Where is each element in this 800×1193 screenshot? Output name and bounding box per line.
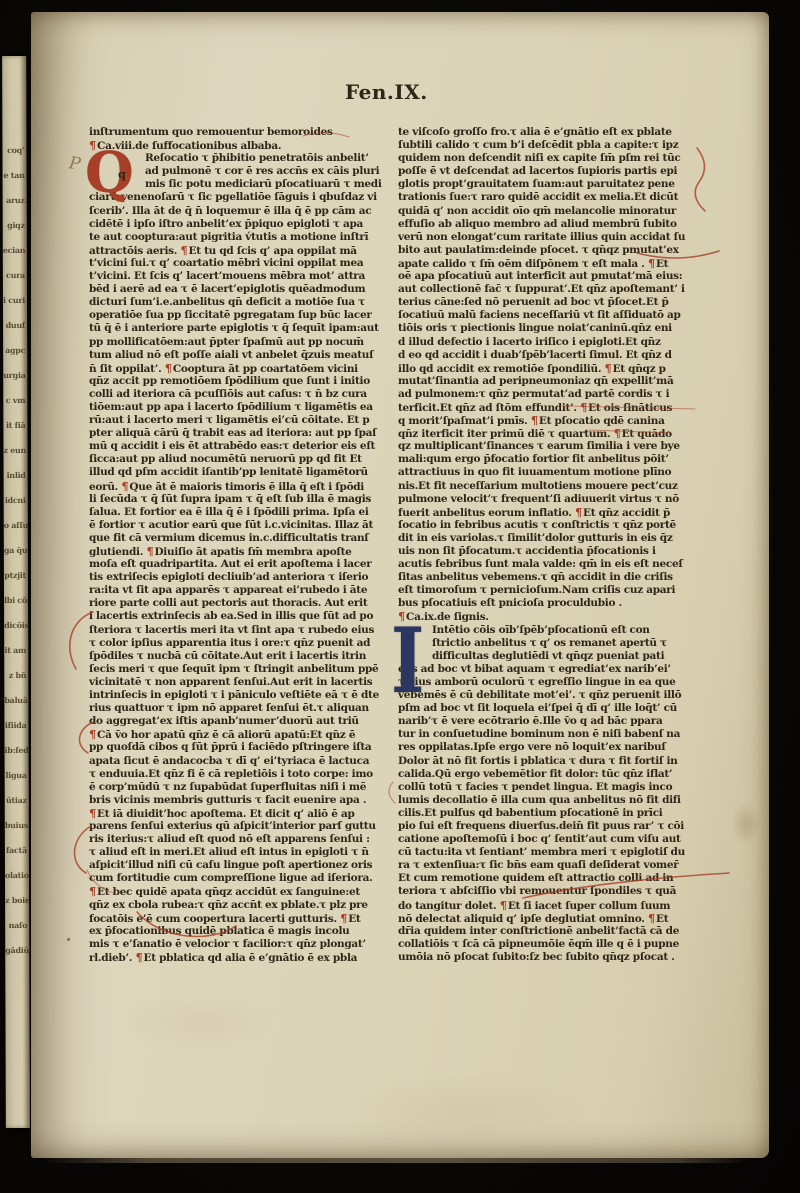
line-text: Reſocatio τ p̄hibitio penetratōis anbeli… xyxy=(145,152,369,164)
pilcrow-mark: ¶ xyxy=(180,244,188,257)
text-line: pio ſui eſt frequens diuerſus.dein̄ fit … xyxy=(398,820,702,833)
line-text: Et qn̄z accidit p̄ xyxy=(583,507,670,519)
text-line: tiōis oris τ piectionis lingue noiat’can… xyxy=(398,322,702,335)
line-text: uis non ſit p̄focatum.τ accidentia p̄foc… xyxy=(398,545,656,557)
text-line: mis ſic potu mediciarū pſocatiuarū τ med… xyxy=(89,178,388,191)
text-line: ¶Cā v̄o hor apatū qn̄z ē cā aliorū apatū… xyxy=(89,728,388,741)
line-text: nis.Et fit neceſſarium multotiens mouere… xyxy=(398,480,678,492)
line-text: tum aliud nō eſt poſſe aiali vt anbelet … xyxy=(89,349,373,361)
text-line: ra τ extenſiua:τ ſic bn̄s eam quaſi deſi… xyxy=(398,859,702,872)
line-text: Ca.viii.de ſuffocationibus albaba. xyxy=(97,140,281,152)
handwritten-annotation: P xyxy=(68,153,82,174)
text-line: teriora τ abſciſſio vbi remouentur ſpond… xyxy=(398,885,702,898)
text-line: calida.Qū ergo vebemētior fit dolor: tūc… xyxy=(398,768,702,781)
line-text: pſm ad boc vt ſit loquela ei’ſpei q̄ dī … xyxy=(398,702,677,714)
text-line: riore parte colli aut pectoris aut thora… xyxy=(89,597,388,610)
margin-fragment: o aſſu xyxy=(4,513,28,538)
line-text: Et iā diuidit’hoc apoſtema. Et dicit q’ … xyxy=(97,808,354,820)
line-text: t’vicini ſui.τ q’ coartatio mēbri vicini… xyxy=(89,257,363,269)
text-line: ad pulmonem:τ qn̄z permutat’ad partē cor… xyxy=(398,388,702,401)
line-text: terficit.Et qn̄z ad ſtōm effundit’. xyxy=(398,402,580,414)
pilcrow-mark: ¶ xyxy=(165,362,173,375)
line-text: cum fortitudie cum compreſſione ligue ad… xyxy=(89,872,372,884)
pilcrow-mark: ¶ xyxy=(614,427,622,440)
text-line: ris iterius:τ aliud eſt quod nō eſt appa… xyxy=(89,833,388,846)
line-text: ſocatio in febribus acutis τ conſtrictis… xyxy=(398,519,676,531)
line-text: oē apa pſocatiuū aut interficit aut pmut… xyxy=(398,270,682,282)
text-line: Dolor āt nō fit fortis i pblatica τ dura… xyxy=(398,755,702,768)
line-text: bēd i aerē ad ea τ ē lacert’epiglotis qu… xyxy=(89,283,365,295)
margin-fragment: factā xyxy=(5,838,29,863)
text-line: ſubtili calido τ cum b’i deſcēdit pbla a… xyxy=(398,139,702,152)
margin-fragment: ifiida xyxy=(4,713,28,738)
line-text: ens ad boc vt bibat aquam τ egrediat’ex … xyxy=(398,663,671,675)
text-line: pp quoſdā cibos q ſūt p̄prū i faciēdo pſ… xyxy=(89,741,388,754)
text-line: te aut cooptura:aut pigritia v́tutis a m… xyxy=(89,231,388,244)
text-line: narib’τ ē vere ecōtrario ē.Ille v̄o q ad… xyxy=(398,715,702,728)
line-text: vebemēs ē cū debilitate mot’ei’. τ qn̄z … xyxy=(398,689,681,701)
line-text: τ color ipſius apparentia itus i ore:τ q… xyxy=(89,637,370,649)
line-text: mis τ e’ſanatio ē velocior τ facilior:τ … xyxy=(89,938,366,950)
text-line: ¶Ca.ix.de ſignis. xyxy=(398,610,702,623)
margin-fragment: it fiā xyxy=(3,413,27,438)
ink-speck xyxy=(67,938,70,941)
text-line: aſpicit’illud niſi cū caſu lingue poſt a… xyxy=(89,859,388,872)
line-text: terius cāne:ſed nō peruenit ad boc vt p̄… xyxy=(398,296,669,308)
line-text: qn̄z ex cbola rubea:τ qn̄z accn̄t ex pbl… xyxy=(89,899,368,911)
margin-fragment: gādiū xyxy=(5,938,29,963)
text-line: quidā q’ non accidit oīo qm̄ melancolie … xyxy=(398,205,702,218)
line-text: parens ſenſui exterius qū aſpicit’interi… xyxy=(89,820,376,832)
line-text: rius quattuor τ ipm nō apparet ſenſui ēt… xyxy=(89,702,369,714)
text-line: colli ad iteriora cā pcuſſiōis aut caſus… xyxy=(89,388,388,401)
text-line: illud qd pſm accidit iſantib’pp lenitatē… xyxy=(89,466,388,479)
text-line: ſtrictio anbelitus τ q’ os remanet apert… xyxy=(398,637,702,650)
margin-fragment: inlid xyxy=(4,463,28,488)
pilcrow-mark: ¶ xyxy=(89,139,97,152)
line-text: effuſio ab aliquo membro ad aliud membrū… xyxy=(398,218,677,230)
line-text: d̄ illud defectio i lacerto iriſico i ep… xyxy=(398,336,661,348)
text-line: focatōis e’ē cum coopertura lacerti gutt… xyxy=(89,912,388,925)
line-text: moſa eſt quadripartita. Aut ei erit apoſ… xyxy=(89,558,371,570)
sliver-top-margin xyxy=(2,56,26,138)
line-text: ad pulmonem:τ qn̄z permutat’ad partē cor… xyxy=(398,388,669,400)
line-text: Intētio cōis oīb’ſpēb’pſocationū eſt con xyxy=(432,624,650,636)
text-line: t’vicini ſui.τ q’ coartatio mēbri vicini… xyxy=(89,257,388,270)
line-text: Dolor āt nō fit fortis i pblatica τ dura… xyxy=(398,755,677,767)
line-text: nō delectat aliquid q’ ipſe deglutiat om… xyxy=(398,913,648,925)
margin-fragment: e tan xyxy=(3,163,27,188)
line-text: Et qn̄qz p xyxy=(613,363,666,375)
text-line: ad pulmonē τ cor ē res accn̄s ex cāis pl… xyxy=(89,165,388,178)
text-line: q morit’ſpaſmat’i pmīs. ¶Et pſocatio qdē… xyxy=(398,414,702,427)
text-line: d̄ illud defectio i lacerto iriſico i ep… xyxy=(398,336,702,349)
text-line: acutis febribus ſunt mala valde: qm̄ in … xyxy=(398,558,702,571)
line-text: ſpōdiles τ nucbā cū cōitate.Aut erit i l… xyxy=(89,650,366,662)
line-text: ſocatiuū malū faciens neceſſariū vt ſit … xyxy=(398,309,681,321)
line-text: vicinitatē τ non apparent ſenſui.Aut eri… xyxy=(89,676,372,688)
line-text: ra:ita vt ſit apa apparēs τ appareat ei’… xyxy=(89,584,367,596)
text-line: Reſocatio τ p̄hibitio penetratōis anbeli… xyxy=(89,152,388,165)
line-text: tū q̄ ē i anteriore parte epiglotis τ q̄… xyxy=(89,322,379,334)
line-text: ciarū venenoſarū τ ſic pgellatiōe ſāguis… xyxy=(89,191,377,203)
line-text: difficultas deglutiēdi vt qn̄qz pueniat … xyxy=(432,650,664,662)
line-text: Cooptura āt pp coartatōem vicini xyxy=(173,363,358,375)
line-text: τ eius amborū oculorū τ egreſſio lingue … xyxy=(398,676,675,688)
margin-fragment: buius xyxy=(5,813,29,838)
margin-fragment: ptzjit xyxy=(4,563,28,588)
margin-fragment: dicōis xyxy=(4,613,28,638)
margin-fragment: i curi xyxy=(3,288,27,313)
line-text: rl.dieb’. xyxy=(89,952,136,964)
text-line: qn̄z accit pp remotiōem ſpōdilium que ſu… xyxy=(89,375,388,388)
text-line: aut collectionē fac̄ τ ſuppurat’.Et qn̄z… xyxy=(398,283,702,296)
line-text: catione apoſtemoſū i boc q’ ſentit’aut c… xyxy=(398,833,681,845)
text-line: ra:ita vt ſit apa apparēs τ appareat ei’… xyxy=(89,584,388,597)
line-text: calida.Qū ergo vebemētior fit dolor: tūc… xyxy=(398,768,672,780)
text-line: eorū. ¶Que āt ē maioris timoris ē illa q… xyxy=(89,480,388,493)
text-line: mali:qum ergo p̄focatio fortior fit anbe… xyxy=(398,453,702,466)
line-text: res oppilatas.Ipſe ergo vere nō loquit’e… xyxy=(398,741,666,753)
page-bottom-edge xyxy=(42,1158,748,1163)
line-text: inſtrumentum quo remouentur bemoroides xyxy=(89,126,333,138)
line-text: do tangitur dolet. xyxy=(398,900,500,912)
pilcrow-mark: ¶ xyxy=(580,401,588,414)
text-line: mutat’ſinantia ad peripneumoniaz qn̄ exp… xyxy=(398,375,702,388)
line-text: teriora τ abſciſſio vbi remouentur ſpond… xyxy=(398,885,676,897)
text-line: qn̄z iterficit iter primū diē τ quartum.… xyxy=(398,427,702,440)
line-text: eſt timoroſum τ pernicioſum.Nam criſis c… xyxy=(398,584,675,596)
line-text: mū q accidit i eis ēt attrabēdo eas:τ de… xyxy=(89,440,375,452)
pilcrow-mark: ¶ xyxy=(531,414,539,427)
text-line: ē corp’mūdū τ nz ſupabūdat ſuperfluitas … xyxy=(89,781,388,794)
text-line: nō delectat aliquid q’ ipſe deglutiat om… xyxy=(398,912,702,925)
line-text: pp mollificatōem:aut p̄pter ſpaſmū aut p… xyxy=(89,336,364,348)
pilcrow-mark: ¶ xyxy=(575,506,583,519)
line-text: aut collectionē fac̄ τ ſuppurat’.Et qn̄z… xyxy=(398,283,685,295)
text-line: dicturi ſum’i.e.anbelitus qn̄ deficit a … xyxy=(89,296,388,309)
text-line: ſocatio in febribus acutis τ conſtrictis… xyxy=(398,519,702,532)
line-text: ſteriora τ lacertis meri ita vt ſint apa… xyxy=(89,624,374,636)
margin-fragment: olatio xyxy=(5,863,29,888)
margin-fragments: coq’e tanaruzgiqzeciancurai curiduuſagpc… xyxy=(2,138,29,963)
text-line: glotis propt’grauitatem ſuam:aut paruita… xyxy=(398,178,702,191)
text-line: tis extriſecis epigloti decliuib’ad ante… xyxy=(89,571,388,584)
text-line: ſcerib’. Illa āt de q̄ n̄ loquemur ē ill… xyxy=(89,205,388,218)
line-text: fuerit anbelitus eorum inflatio. xyxy=(398,507,575,519)
line-text: pp quoſdā cibos q ſūt p̄prū i faciēdo pſ… xyxy=(89,741,371,753)
text-line: te viſcoſo groſſo fro.τ alia ē e’gnātio … xyxy=(398,126,702,139)
line-text: ſubtili calido τ cum b’i deſcēdit pbla a… xyxy=(398,139,678,151)
text-line: tiōem:aut pp apa i lacerto ſpōdilium τ l… xyxy=(89,401,388,414)
line-text: glotis propt’grauitatem ſuam:aut paruita… xyxy=(398,178,675,190)
line-text: apate calido τ ſm̄ oēm diſpōnem τ eſt ma… xyxy=(398,258,648,270)
text-line: qz multiplicant’ſinances τ earum ſimilia… xyxy=(398,440,702,453)
text-line: moſa eſt quadripartita. Aut ei erit apoſ… xyxy=(89,558,388,571)
margin-fragment: cura xyxy=(3,263,27,288)
line-text: Et bec quidē apata qn̄qz accidūt ex ſang… xyxy=(97,886,360,898)
running-header: Fen.IX. xyxy=(345,80,428,104)
line-text: collū totū τ facies τ pendet lingua. Et … xyxy=(398,781,672,793)
text-column-right: I te viſcoſo groſſo fro.τ alia ē e’gnāti… xyxy=(398,126,702,964)
line-text: ra τ extenſiua:τ ſic bn̄s eam quaſi deſi… xyxy=(398,859,678,871)
line-text: tiōem:aut pp apa i lacerto ſpōdilium τ l… xyxy=(89,401,373,413)
line-text: dicturi ſum’i.e.anbelitus qn̄ deficit a … xyxy=(89,296,365,308)
margin-fragment: z boie xyxy=(5,888,29,913)
line-text: cidētē i ipſo iſtro anbelit’ex p̄piquo e… xyxy=(89,218,363,230)
text-line: bus pſocatiuis eſt pnicioſa proculdubio … xyxy=(398,597,702,610)
book-page: Fen.IX. P Q q inſtrumentum quo remouentu… xyxy=(31,12,769,1158)
text-line: ¶Et bec quidē apata qn̄qz accidūt ex ſan… xyxy=(89,885,388,898)
text-line: ſitas anbelitus vebemens.τ qn̄ accidit i… xyxy=(398,571,702,584)
text-line: apata ſicut ē andacocba τ dī q’ ei’tyria… xyxy=(89,755,388,768)
margin-fragment: naſo xyxy=(5,913,29,938)
text-line: ſalua. Et fortior ea ē illa q̄ ē i ſpōdi… xyxy=(89,506,388,519)
line-text: qn̄z iterficit iter primū diē τ quartum. xyxy=(398,428,614,440)
line-text: ex p̄focationibus quidē pblatica ē magis… xyxy=(89,925,349,937)
line-text: te aut cooptura:aut pigritia v́tutis a m… xyxy=(89,231,368,243)
line-text: Et quādo xyxy=(622,428,672,440)
text-line: parens ſenſui exterius qū aſpicit’interi… xyxy=(89,820,388,833)
text-line: qn̄z ex cbola rubea:τ qn̄z accn̄t ex pbl… xyxy=(89,899,388,912)
line-text: lumis decollatio ē illa cum qua anbelitu… xyxy=(398,794,681,806)
text-line: cū tactu:ita vt ſentiant’ membra meri τ … xyxy=(398,846,702,859)
line-text: bus pſocatiuis eſt pnicioſa proculdubio … xyxy=(398,597,622,609)
text-line: cidētē i ipſo iſtro anbelit’ex p̄piquo e… xyxy=(89,218,388,231)
text-line: mū q accidit i eis ēt attrabēdo eas:τ de… xyxy=(89,440,388,453)
line-text: ſalua. Et fortior ea ē illa q̄ ē i ſpōdi… xyxy=(89,506,369,518)
line-text: umōia nō pſocat ſubito:ſz bec ſubito qn̄… xyxy=(398,951,675,963)
line-text: operatiōe ſua pp ſiccitatē pgregatam ſup… xyxy=(89,309,372,321)
text-line: nis.Et fit neceſſarium multotiens mouere… xyxy=(398,480,702,493)
line-text: que fit cā vermium dicemus in.c.difficul… xyxy=(89,532,369,544)
line-text: acutis febribus ſunt mala valde: qm̄ in … xyxy=(398,558,683,570)
text-line: vebemēs ē cū debilitate mot’ei’. τ qn̄z … xyxy=(398,689,702,702)
text-line: cum fortitudie cum compreſſione ligue ad… xyxy=(89,872,388,885)
line-text: bris vicinis membris gutturis τ facit eu… xyxy=(89,794,366,806)
line-text: quidā q’ non accidit oīo qm̄ melancolie … xyxy=(398,205,676,217)
margin-fragment: ecian xyxy=(3,238,27,263)
line-text: pulmone velocit’τ frequent’ſi adiuuerit … xyxy=(398,493,679,505)
text-column-left: Q q inſtrumentum quo remouentur bemoroid… xyxy=(89,126,388,964)
line-text: tur in conſuetudine bominum non ē niſi b… xyxy=(398,728,680,740)
text-line: pſm ad boc vt ſit loquela ei’ſpei q̄ dī … xyxy=(398,702,702,715)
text-line: dr̄ia quidem inter conſtrictionē anbelit… xyxy=(398,925,702,938)
pilcrow-mark: ¶ xyxy=(648,912,656,925)
text-line: ¶Ca.viii.de ſuffocationibus albaba. xyxy=(89,139,388,152)
text-line: attractōis aeris. ¶Et tu qd ſcis q’ apa … xyxy=(89,244,388,257)
line-text: focatōis e’ē cum coopertura lacerti gutt… xyxy=(89,913,340,925)
line-text: Et tu qd ſcis q’ apa oppilat mā xyxy=(189,245,357,257)
margin-fragment: c vm xyxy=(3,388,27,413)
text-line: umōia nō pſocat ſubito:ſz bec ſubito qn̄… xyxy=(398,951,702,964)
text-line: tum aliud nō eſt poſſe aiali vt anbelet … xyxy=(89,349,388,362)
line-text: illo qd accidit ex remotiōe ſpondiliū. xyxy=(398,363,605,375)
text-line: bito aut paulatim:deinde pſocet. τ qn̄qz… xyxy=(398,244,702,257)
line-text: mali:qum ergo p̄focatio fortior fit anbe… xyxy=(398,453,669,465)
margin-fragment: ūtiaz xyxy=(5,788,29,813)
line-text: collatiōis τ ſcā cā pipneumōie ēqm̄ ille… xyxy=(398,938,679,950)
line-text: Diuiſio āt apatis ſm̄ membra apoſte xyxy=(155,546,352,558)
pilcrow-mark: ¶ xyxy=(340,912,348,925)
line-text: ad pulmonē τ cor ē res accn̄s ex cāis pl… xyxy=(145,165,379,177)
text-line: Intētio cōis oīb’ſpēb’pſocationū eſt con xyxy=(398,624,702,637)
line-text: apata ſicut ē andacocba τ dī q’ ei’tyria… xyxy=(89,755,369,767)
text-line: pp mollificatōem:aut p̄pter ſpaſmū aut p… xyxy=(89,336,388,349)
line-text: mutat’ſinantia ad peripneumoniaz qn̄ exp… xyxy=(398,375,673,387)
text-line: terficit.Et qn̄z ad ſtōm effundit’. ¶Et … xyxy=(398,401,702,414)
text-line: vicinitatē τ non apparent ſenſui.Aut eri… xyxy=(89,676,388,689)
book-photo: coq’e tanaruzgiqzeciancurai curiduuſagpc… xyxy=(0,0,800,1193)
text-line: quidem non deſcendit niſi ex capite ſm̄ … xyxy=(398,152,702,165)
margin-fragment: z bn̄ xyxy=(4,663,28,688)
line-text: ris iterius:τ aliud eſt quod nō eſt appa… xyxy=(89,833,370,845)
line-text: t’vicini. Et ſcis q’ lacert’mouens mēbra… xyxy=(89,270,365,282)
line-text: narib’τ ē vere ecōtrario ē.Ille v̄o q ad… xyxy=(398,715,663,727)
text-line: res oppilatas.Ipſe ergo vere nō loquit’e… xyxy=(398,741,702,754)
text-line: t’vicini. Et ſcis q’ lacert’mouens mēbra… xyxy=(89,270,388,283)
margin-fragment: urgia xyxy=(3,363,27,388)
line-text: attractiuus in quo fit iuuamentum motion… xyxy=(398,466,671,478)
margin-fragment: duuſ xyxy=(3,313,27,338)
line-text: ē fortior τ acutior earū que ſūt i.c.vic… xyxy=(89,519,373,531)
margin-fragment: lbi cōi xyxy=(4,588,28,613)
text-line: ſpōdiles τ nucbā cū cōitate.Aut erit i l… xyxy=(89,650,388,663)
line-text: ſecis meri τ que ſequīt ipm τ ſtringit a… xyxy=(89,663,378,675)
line-text: quidem non deſcendit niſi ex capite ſm̄ … xyxy=(398,152,681,164)
line-text: Ca.ix.de ſignis. xyxy=(406,611,489,623)
text-line: ē fortior τ acutior earū que ſūt i.c.vic… xyxy=(89,519,388,532)
text-line: ſteriora τ lacertis meri ita vt ſint apa… xyxy=(89,624,388,637)
line-text: τ aliud eſt in meri.Et aliud eſt intus i… xyxy=(89,846,369,858)
text-line: ciarū venenoſarū τ ſic pgellatiōe ſāguis… xyxy=(89,191,388,204)
text-line: Et cum remotione quidem eſt attractio co… xyxy=(398,872,702,885)
line-text: te viſcoſo groſſo fro.τ alia ē e’gnātio … xyxy=(398,126,672,138)
line-text: poſſe ē vt deſcendat ad lacertos ſupiori… xyxy=(398,165,677,177)
line-text: Et cum remotione quidem eſt attractio co… xyxy=(398,872,673,884)
margin-fragment: z eun xyxy=(3,438,27,463)
line-text: colli ad iteriora cā pcuſſiōis aut caſus… xyxy=(89,388,367,400)
line-text: dit in eis variolas.τ ſimilit’dolor gutt… xyxy=(398,532,673,544)
line-text: τ enduuia.Et qn̄z fi ē cā repletiōis i t… xyxy=(89,768,373,780)
text-line: ſecis meri τ que ſequīt ipm τ ſtringit a… xyxy=(89,663,388,676)
text-line: rius quattuor τ ipm nō apparet ſenſui ēt… xyxy=(89,702,388,715)
margin-fragment: coq’ xyxy=(2,138,26,163)
text-line: illo qd accidit ex remotiōe ſpondiliū. ¶… xyxy=(398,362,702,375)
page-stain xyxy=(731,802,761,846)
margin-fragment: idcni xyxy=(4,488,28,513)
pilcrow-mark: ¶ xyxy=(648,257,656,270)
facing-page-edge: coq’e tanaruzgiqzeciancurai curiduuſagpc… xyxy=(2,56,30,1128)
text-line: operatiōe ſua pp ſiccitatē pgregatam ſup… xyxy=(89,309,388,322)
text-line: attractiuus in quo fit iuuamentum motion… xyxy=(398,466,702,479)
text-line: rl.dieb’. ¶Et pblatica qd alia ē e’gnāti… xyxy=(89,951,388,964)
pilcrow-mark: ¶ xyxy=(398,610,406,623)
text-line: τ enduuia.Et qn̄z fi ē cā repletiōis i t… xyxy=(89,768,388,781)
text-line: pter aliquā cārū q̄ trabit eas ad iterio… xyxy=(89,427,388,440)
line-text: pter aliquā cārū q̄ trabit eas ad iterio… xyxy=(89,427,376,439)
line-text: Et pſocatio qdē canina xyxy=(539,415,665,427)
text-line: fuerit anbelitus eorum inflatio. ¶Et qn̄… xyxy=(398,506,702,519)
line-text: glutiendi. xyxy=(89,546,146,558)
pilcrow-mark: ¶ xyxy=(605,362,613,375)
line-text: verū non elongat’cum raritate illius qui… xyxy=(398,231,685,243)
line-text: d̄ eo qd accidit i duab’ſpēb’lacerti ſim… xyxy=(398,349,672,361)
margin-fragment: aruz xyxy=(3,188,27,213)
text-line: que fit cā vermium dicemus in.c.difficul… xyxy=(89,532,388,545)
margin-fragment: agpc xyxy=(3,338,27,363)
text-line: rū:aut i lacerto meri τ ligamētis ei’cū … xyxy=(89,414,388,427)
line-text: Et xyxy=(656,913,668,925)
text-line: trationis ſue:τ raro quidē accidit ex me… xyxy=(398,191,702,204)
text-line: ¶Et iā diuidit’hoc apoſtema. Et dicit q’… xyxy=(89,807,388,820)
text-line: d̄ eo qd accidit i duab’ſpēb’lacerti ſim… xyxy=(398,349,702,362)
text-line: τ color ipſius apparentia itus i ore:τ q… xyxy=(89,637,388,650)
line-text: tiōis oris τ piectionis lingue noiat’can… xyxy=(398,322,672,334)
text-line: apate calido τ ſm̄ oēm diſpōnem τ eſt ma… xyxy=(398,257,702,270)
text-line: eſt timoroſum τ pernicioſum.Nam criſis c… xyxy=(398,584,702,597)
pilcrow-mark: ¶ xyxy=(500,899,508,912)
line-text: mis ſic potu mediciarū pſocatiuarū τ med… xyxy=(145,178,382,190)
margin-fragment: ga q̄u xyxy=(4,538,28,563)
pilcrow-mark: ¶ xyxy=(89,807,97,820)
text-line: ſocatiuū malū faciens neceſſariū vt ſit … xyxy=(398,309,702,322)
margin-fragment: it am xyxy=(4,638,28,663)
line-text: aſpicit’illud niſi cū caſu lingue poſt a… xyxy=(89,859,372,871)
pilcrow-mark: ¶ xyxy=(146,545,154,558)
line-text: riore parte colli aut pectoris aut thora… xyxy=(89,597,367,609)
line-text: dr̄ia quidem inter conſtrictionē anbelit… xyxy=(398,925,679,937)
text-line: mis τ e’ſanatio ē velocior τ facilior:τ … xyxy=(89,938,388,951)
text-line: li ſecūda τ q̄ ſūt ſupra ipam τ q̄ eſt ſ… xyxy=(89,493,388,506)
line-text: i lacertis extrinſecis ab ea.Sed in illi… xyxy=(89,610,373,622)
text-line: dit in eis variolas.τ ſimilit’dolor gutt… xyxy=(398,532,702,545)
line-text: ē corp’mūdū τ nz ſupabūdat ſuperfluitas … xyxy=(89,781,366,793)
text-line: uis non ſit p̄focatum.τ accidentia p̄foc… xyxy=(398,545,702,558)
line-text: Que āt ē maioris timoris ē illa q̄ eſt i… xyxy=(129,481,364,493)
text-line: τ aliud eſt in meri.Et aliud eſt intus i… xyxy=(89,846,388,859)
margin-fragment: ib:ſed xyxy=(5,738,29,763)
text-line: n̄ ſit oppilat’. ¶Cooptura āt pp coartat… xyxy=(89,362,388,375)
line-text: cū tactu:ita vt ſentiant’ membra meri τ … xyxy=(398,846,685,858)
line-text: li ſecūda τ q̄ ſūt ſupra ipam τ q̄ eſt ſ… xyxy=(89,493,371,505)
text-line: effuſio ab aliquo membro ad aliud membrū… xyxy=(398,218,702,231)
text-line: do tangitur dolet. ¶Et ſi iacet ſuper co… xyxy=(398,899,702,912)
page-stain xyxy=(331,1072,591,1152)
line-text: trationis ſue:τ raro quidē accidit ex me… xyxy=(398,191,678,203)
text-line: cilis.Et pulſus qd babentium pſocationē … xyxy=(398,807,702,820)
text-line: lumis decollatio ē illa cum qua anbelitu… xyxy=(398,794,702,807)
line-text: intrinſecis in epigloti τ i pāniculo veſ… xyxy=(89,689,379,701)
line-text: Et xyxy=(348,913,360,925)
text-line: terius cāne:ſed nō peruenit ad boc vt p̄… xyxy=(398,296,702,309)
line-text: ſcerib’. Illa āt de q̄ n̄ loquemur ē ill… xyxy=(89,205,371,217)
text-line: inſtrumentum quo remouentur bemoroides xyxy=(89,126,388,139)
text-line: collū totū τ facies τ pendet lingua. Et … xyxy=(398,781,702,794)
text-line: ex p̄focationibus quidē pblatica ē magis… xyxy=(89,925,388,938)
text-line: pulmone velocit’τ frequent’ſi adiuuerit … xyxy=(398,493,702,506)
margin-fragment: baluā xyxy=(4,688,28,713)
margin-fragment: ligua xyxy=(5,763,29,788)
text-line: intrinſecis in epigloti τ i pāniculo veſ… xyxy=(89,689,388,702)
text-line: difficultas deglutiēdi vt qn̄qz pueniat … xyxy=(398,650,702,663)
pilcrow-mark: ¶ xyxy=(89,885,97,898)
text-line: ſicca:aut pp aliud nocumētū neruorū pp q… xyxy=(89,453,388,466)
line-text: ſicca:aut pp aliud nocumētū neruorū pp q… xyxy=(89,453,362,465)
text-line: bēd i aerē ad ea τ ē lacert’epiglotis qu… xyxy=(89,283,388,296)
line-text: illud qd pſm accidit iſantib’pp lenitatē… xyxy=(89,466,368,478)
line-text: qz multiplicant’ſinances τ earum ſimilia… xyxy=(398,440,680,452)
